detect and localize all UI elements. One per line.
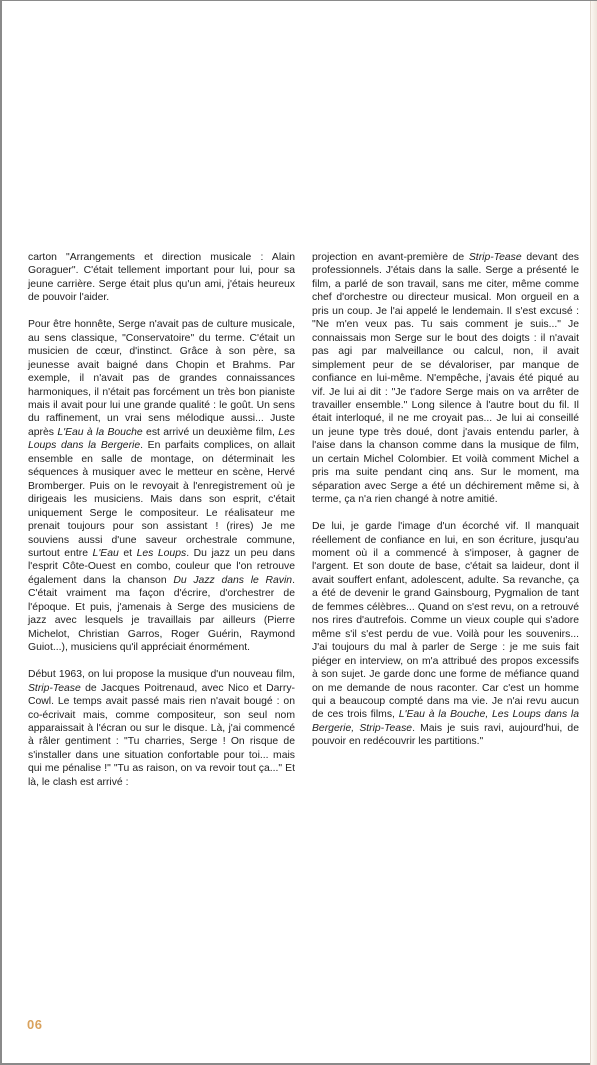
paragraph: Début 1963, on lui propose la musique d'…: [28, 668, 295, 789]
page-edge-shadow: [590, 1, 597, 1065]
text-run: Début 1963, on lui propose la musique d'…: [28, 669, 295, 680]
text-run: . C'était vraiment ma façon d'écrire, d'…: [28, 575, 295, 653]
text-run: . En parfaits complices, on allait ensem…: [28, 440, 295, 559]
title-reference: L'Eau à la Bouche: [57, 427, 142, 438]
text-run: devant des professionnels. J'étais dans …: [312, 252, 579, 505]
left-column: carton "Arrangements et direction musica…: [28, 251, 295, 803]
title-reference: Du Jazz dans le Ravin: [173, 575, 292, 586]
text-run: carton "Arrangements et direction musica…: [28, 252, 295, 303]
document-page: carton "Arrangements et direction musica…: [0, 0, 597, 1065]
paragraph: carton "Arrangements et direction musica…: [28, 251, 295, 305]
text-run: de Jacques Poitrenaud, avec Nico et Darr…: [28, 683, 295, 788]
title-reference: Strip-Tease: [469, 252, 522, 263]
text-run: projection en avant-première de: [312, 252, 469, 263]
text-run: et: [119, 548, 137, 559]
page-number: 06: [27, 1017, 42, 1032]
right-column: projection en avant-première de Strip-Te…: [312, 251, 579, 762]
text-run: De lui, je garde l'image d'un écorché vi…: [312, 521, 579, 720]
paragraph: Pour être honnête, Serge n'avait pas de …: [28, 318, 295, 654]
paragraph: De lui, je garde l'image d'un écorché vi…: [312, 520, 579, 749]
text-run: est arrivé un deuxième film,: [143, 427, 279, 438]
paragraph: projection en avant-première de Strip-Te…: [312, 251, 579, 507]
text-run: Pour être honnête, Serge n'avait pas de …: [28, 319, 295, 438]
title-reference: Strip-Tease: [28, 683, 81, 694]
title-reference: Les Loups: [137, 548, 187, 559]
title-reference: L'Eau: [93, 548, 119, 559]
